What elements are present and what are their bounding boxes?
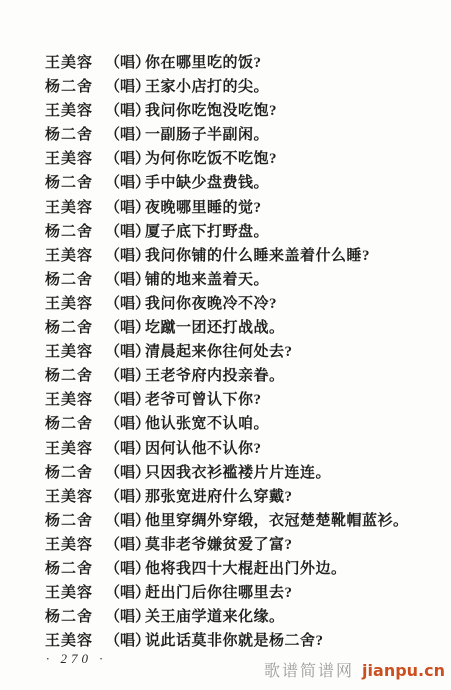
speaker-name: 杨二舍 bbox=[45, 509, 105, 533]
dialogue-line: 王美容 （唱） 夜晚哪里睡的觉? bbox=[45, 196, 439, 220]
lyric-text: 我问你夜晚冷不冷? bbox=[145, 292, 277, 316]
sing-tag: （唱） bbox=[105, 123, 145, 147]
dialogue-line: 杨二舍 （唱） 王家小店打的尖。 bbox=[45, 75, 439, 99]
sing-tag: （唱） bbox=[105, 244, 145, 268]
speaker-name: 杨二舍 bbox=[45, 220, 105, 244]
dialogue-line: 王美容 （唱） 我问你铺的什么睡来盖着什么睡? bbox=[45, 244, 439, 268]
sing-tag: （唱） bbox=[105, 316, 145, 340]
dialogue-list: 王美容 （唱） 你在哪里吃的饭? 杨二舍 （唱） 王家小店打的尖。 王美容 （唱… bbox=[45, 51, 439, 653]
speaker-name: 杨二舍 bbox=[45, 268, 105, 292]
lyric-text: 我问你吃饱没吃饱? bbox=[145, 99, 277, 123]
lyric-text: 老爷可曾认下你? bbox=[145, 388, 262, 412]
dialogue-line: 王美容 （唱） 因何认他不认你? bbox=[45, 437, 439, 461]
dialogue-line: 杨二舍 （唱） 关王庙学道来化缘。 bbox=[45, 605, 439, 629]
sing-tag: （唱） bbox=[105, 99, 145, 123]
dialogue-line: 杨二舍 （唱） 厦子底下打野盘。 bbox=[45, 220, 439, 244]
sing-tag: （唱） bbox=[105, 412, 145, 436]
page-number: · 270 · bbox=[46, 651, 107, 667]
sing-tag: （唱） bbox=[105, 171, 145, 195]
dialogue-line: 杨二舍 （唱） 铺的地来盖着天。 bbox=[45, 268, 439, 292]
lyric-text: 他将我四十大棍赶出门外边。 bbox=[145, 557, 347, 581]
speaker-name: 杨二舍 bbox=[45, 412, 105, 436]
lyric-text: 王家小店打的尖。 bbox=[145, 75, 269, 99]
speaker-name: 杨二舍 bbox=[45, 75, 105, 99]
dialogue-line: 王美容 （唱） 那张宽进府什么穿戴? bbox=[45, 485, 439, 509]
sing-tag: （唱） bbox=[105, 581, 145, 605]
speaker-name: 杨二舍 bbox=[45, 557, 105, 581]
speaker-name: 王美容 bbox=[45, 533, 105, 557]
speaker-name: 王美容 bbox=[45, 340, 105, 364]
sing-tag: （唱） bbox=[105, 437, 145, 461]
speaker-name: 杨二舍 bbox=[45, 461, 105, 485]
sing-tag: （唱） bbox=[105, 147, 145, 171]
watermark-site-url: jianpu.cn bbox=[362, 661, 445, 680]
speaker-name: 杨二舍 bbox=[45, 605, 105, 629]
speaker-name: 王美容 bbox=[45, 147, 105, 171]
speaker-name: 王美容 bbox=[45, 196, 105, 220]
speaker-name: 杨二舍 bbox=[45, 123, 105, 147]
dialogue-line: 杨二舍 （唱） 圪蹴一团还打战战。 bbox=[45, 316, 439, 340]
sing-tag: （唱） bbox=[105, 605, 145, 629]
lyric-text: 厦子底下打野盘。 bbox=[145, 220, 269, 244]
sing-tag: （唱） bbox=[105, 220, 145, 244]
speaker-name: 王美容 bbox=[45, 99, 105, 123]
sing-tag: （唱） bbox=[105, 533, 145, 557]
dialogue-line: 杨二舍 （唱） 手中缺少盘费钱。 bbox=[45, 171, 439, 195]
speaker-name: 王美容 bbox=[45, 292, 105, 316]
lyric-text: 我问你铺的什么睡来盖着什么睡? bbox=[145, 244, 370, 268]
dialogue-line: 王美容 （唱） 老爷可曾认下你? bbox=[45, 388, 439, 412]
lyric-text: 莫非老爷嫌贫爱了富? bbox=[145, 533, 293, 557]
lyric-text: 手中缺少盘费钱。 bbox=[145, 171, 269, 195]
sing-tag: （唱） bbox=[105, 340, 145, 364]
sing-tag: （唱） bbox=[105, 75, 145, 99]
lyric-text: 因何认他不认你? bbox=[145, 437, 262, 461]
lyric-text: 关王庙学道来化缘。 bbox=[145, 605, 285, 629]
lyric-text: 那张宽进府什么穿戴? bbox=[145, 485, 293, 509]
dialogue-line: 王美容 （唱） 为何你吃饭不吃饱? bbox=[45, 147, 439, 171]
speaker-name: 杨二舍 bbox=[45, 316, 105, 340]
dialogue-line: 杨二舍 （唱） 只因我衣衫褴褛片片连连。 bbox=[45, 461, 439, 485]
speaker-name: 王美容 bbox=[45, 485, 105, 509]
lyric-text: 只因我衣衫褴褛片片连连。 bbox=[145, 461, 331, 485]
speaker-name: 杨二舍 bbox=[45, 364, 105, 388]
lyric-text: 王老爷府内投亲眷。 bbox=[145, 364, 285, 388]
lyric-text: 为何你吃饭不吃饱? bbox=[145, 147, 277, 171]
sing-tag: （唱） bbox=[105, 388, 145, 412]
lyric-text: 夜晚哪里睡的觉? bbox=[145, 196, 262, 220]
dialogue-line: 杨二舍 （唱） 一副肠子半副闲。 bbox=[45, 123, 439, 147]
lyric-text: 他里穿绸外穿缎，衣冠楚楚靴帽蓝衫。 bbox=[145, 509, 409, 533]
speaker-name: 王美容 bbox=[45, 244, 105, 268]
lyric-text: 你在哪里吃的饭? bbox=[145, 51, 262, 75]
sing-tag: （唱） bbox=[105, 268, 145, 292]
speaker-name: 杨二舍 bbox=[45, 171, 105, 195]
speaker-name: 王美容 bbox=[45, 51, 105, 75]
lyric-text: 圪蹴一团还打战战。 bbox=[145, 316, 285, 340]
dialogue-line: 王美容 （唱） 说此话莫非你就是杨二舍? bbox=[45, 629, 439, 653]
dialogue-line: 杨二舍 （唱） 王老爷府内投亲眷。 bbox=[45, 364, 439, 388]
dialogue-line: 王美容 （唱） 我问你吃饱没吃饱? bbox=[45, 99, 439, 123]
dialogue-line: 杨二舍 （唱） 他将我四十大棍赶出门外边。 bbox=[45, 557, 439, 581]
sing-tag: （唱） bbox=[105, 196, 145, 220]
speaker-name: 王美容 bbox=[45, 437, 105, 461]
dialogue-line: 王美容 （唱） 赶出门后你往哪里去? bbox=[45, 581, 439, 605]
scanned-script-page: 王美容 （唱） 你在哪里吃的饭? 杨二舍 （唱） 王家小店打的尖。 王美容 （唱… bbox=[0, 0, 451, 690]
sing-tag: （唱） bbox=[105, 461, 145, 485]
sing-tag: （唱） bbox=[105, 292, 145, 316]
sing-tag: （唱） bbox=[105, 557, 145, 581]
sing-tag: （唱） bbox=[105, 364, 145, 388]
sing-tag: （唱） bbox=[105, 509, 145, 533]
lyric-text: 赶出门后你往哪里去? bbox=[145, 581, 293, 605]
dialogue-line: 杨二舍 （唱） 他认张宽不认咱。 bbox=[45, 412, 439, 436]
lyric-text: 铺的地来盖着天。 bbox=[145, 268, 269, 292]
dialogue-line: 王美容 （唱） 我问你夜晚冷不冷? bbox=[45, 292, 439, 316]
speaker-name: 王美容 bbox=[45, 629, 105, 653]
dialogue-line: 王美容 （唱） 莫非老爷嫌贫爱了富? bbox=[45, 533, 439, 557]
speaker-name: 王美容 bbox=[45, 388, 105, 412]
watermark: 歌谱简谱网 jianpu.cn bbox=[264, 661, 445, 682]
speaker-name: 王美容 bbox=[45, 581, 105, 605]
sing-tag: （唱） bbox=[105, 629, 145, 653]
lyric-text: 一副肠子半副闲。 bbox=[145, 123, 269, 147]
sing-tag: （唱） bbox=[105, 485, 145, 509]
dialogue-line: 王美容 （唱） 清晨起来你往何处去? bbox=[45, 340, 439, 364]
lyric-text: 清晨起来你往何处去? bbox=[145, 340, 293, 364]
dialogue-line: 王美容 （唱） 你在哪里吃的饭? bbox=[45, 51, 439, 75]
dialogue-line: 杨二舍 （唱） 他里穿绸外穿缎，衣冠楚楚靴帽蓝衫。 bbox=[45, 509, 439, 533]
sing-tag: （唱） bbox=[105, 51, 145, 75]
lyric-text: 他认张宽不认咱。 bbox=[145, 412, 269, 436]
watermark-site-name: 歌谱简谱网 bbox=[264, 663, 354, 680]
lyric-text: 说此话莫非你就是杨二舍? bbox=[145, 629, 324, 653]
